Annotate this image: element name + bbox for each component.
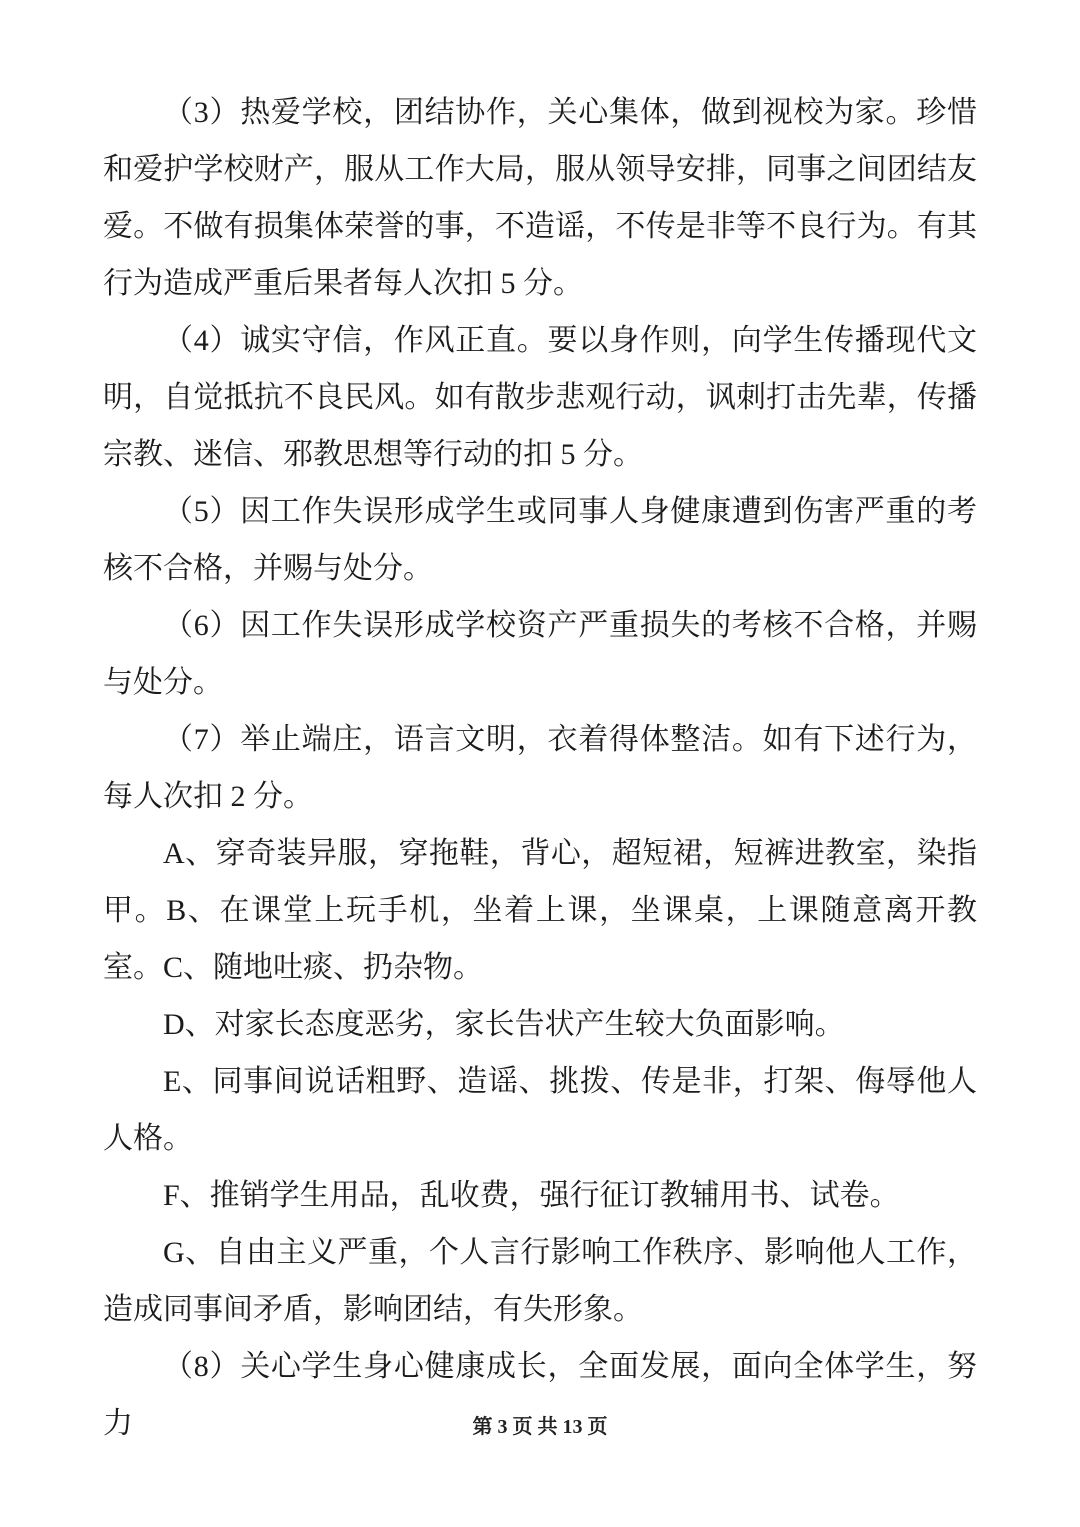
paragraph: （5）因工作失误形成学生或同事人身健康遭到伤害严重的考核不合格，并赐与处分。 (103, 483, 977, 597)
paragraph: （4）诚实守信，作风正直。要以身作则，向学生传播现代文明，自觉抵抗不良民风。如有… (103, 312, 977, 483)
paragraph: （6）因工作失误形成学校资产严重损失的考核不合格，并赐与处分。 (103, 597, 977, 711)
paragraph: E、同事间说话粗野、造谣、挑拨、传是非，打架、侮辱他人人格。 (103, 1053, 977, 1167)
paragraph: （3）热爱学校，团结协作，关心集体，做到视校为家。珍惜和爱护学校财产，服从工作大… (103, 84, 977, 312)
paragraph: D、对家长态度恶劣，家长告状产生较大负面影响。 (103, 996, 977, 1053)
paragraph: F、推销学生用品，乱收费，强行征订教辅用书、试卷。 (103, 1167, 977, 1224)
page-number-label: 第 3 页 共 13 页 (473, 1416, 608, 1438)
paragraph: （7）举止端庄，语言文明，衣着得体整洁。如有下述行为，每人次扣 2 分。 (103, 711, 977, 825)
page-footer: 第 3 页 共 13 页 (0, 1410, 1080, 1439)
paragraph: G、自由主义严重，个人言行影响工作秩序、影响他人工作，造成同事间矛盾，影响团结，… (103, 1224, 977, 1338)
document-page: （3）热爱学校，团结协作，关心集体，做到视校为家。珍惜和爱护学校财产，服从工作大… (0, 0, 1080, 1527)
document-body: （3）热爱学校，团结协作，关心集体，做到视校为家。珍惜和爱护学校财产，服从工作大… (103, 84, 977, 1452)
paragraph: A、穿奇装异服，穿拖鞋，背心，超短裙，短裤进教室，染指甲。B、在课堂上玩手机，坐… (103, 825, 977, 996)
